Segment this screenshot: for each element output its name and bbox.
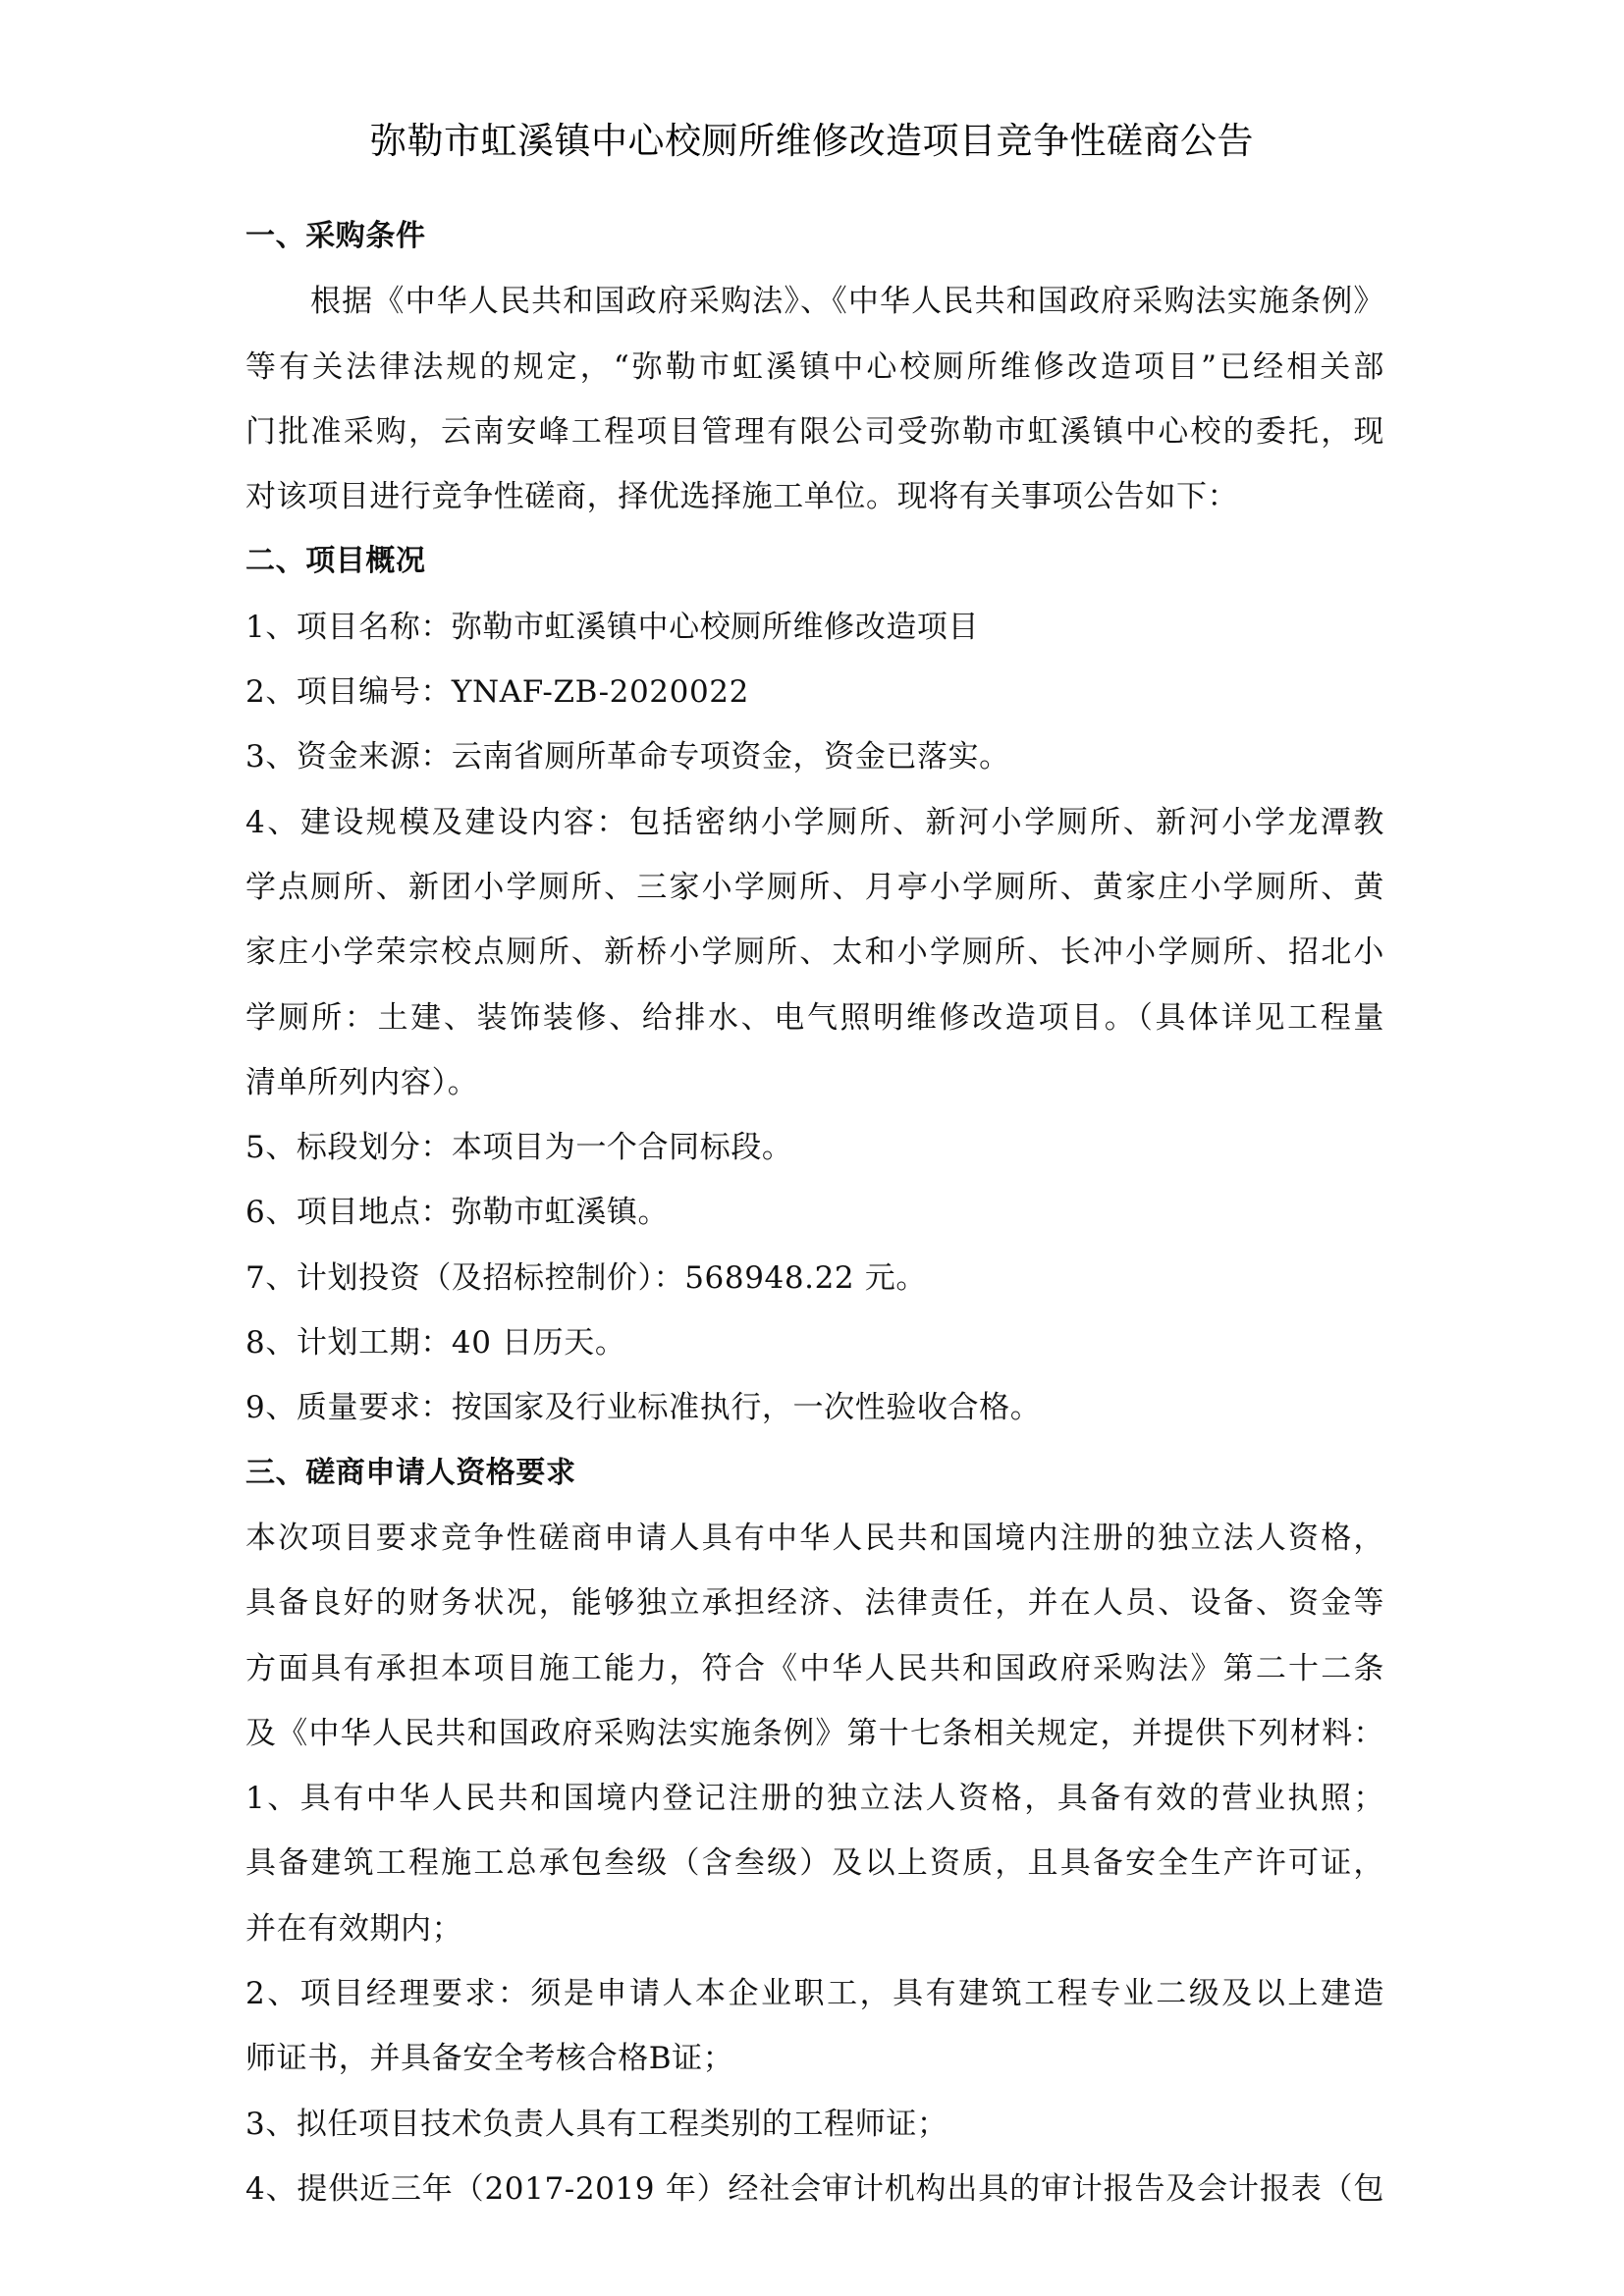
- list-item-project-number: 2、项目编号：YNAF-ZB-2020022: [245, 660, 1384, 724]
- paragraph-line: 清单所列内容）。: [245, 1050, 1384, 1115]
- section-heading-applicant-qualifications: 三、磋商申请人资格要求: [245, 1441, 1384, 1506]
- list-item-construction-scope: 4、建设规模及建设内容：包括密纳小学厕所、新河小学厕所、新河小学龙潭教: [245, 790, 1384, 855]
- paragraph-line: 及《中华人民共和国政府采购法实施条例》第十七条相关规定，并提供下列材料：: [245, 1701, 1384, 1766]
- paragraph-line: 学厕所：土建、装饰装修、给排水、电气照明维修改造项目。（具体详见工程量: [245, 986, 1384, 1050]
- list-item-lot-division: 5、标段划分：本项目为一个合同标段。: [245, 1115, 1384, 1180]
- list-item-planned-duration: 8、计划工期：40 日历天。: [245, 1310, 1384, 1375]
- document-body: 一、采购条件 根据《中华人民共和国政府采购法》、《中华人民共和国政府采购法实施条…: [245, 204, 1384, 2221]
- document-page: 弥勒市虹溪镇中心校厕所维修改造项目竞争性磋商公告 一、采购条件 根据《中华人民共…: [0, 0, 1624, 2296]
- paragraph-line: 家庄小学荣宗校点厕所、新桥小学厕所、太和小学厕所、长冲小学厕所、招北小: [245, 920, 1384, 985]
- paragraph-line: 学点厕所、新团小学厕所、三家小学厕所、月亭小学厕所、黄家庄小学厕所、黄: [245, 855, 1384, 920]
- document-title: 弥勒市虹溪镇中心校厕所维修改造项目竞争性磋商公告: [0, 118, 1624, 165]
- paragraph-line: 对该项目进行竞争性磋商，择优选择施工单位。现将有关事项公告如下：: [245, 464, 1384, 529]
- list-item-audit-reports: 4、提供近三年（2017-2019 年）经社会审计机构出具的审计报告及会计报表（…: [245, 2157, 1384, 2221]
- paragraph-line: 并在有效期内；: [245, 1896, 1384, 1961]
- list-item-project-manager: 2、项目经理要求：须是申请人本企业职工，具有建筑工程专业二级及以上建造: [245, 1961, 1384, 2026]
- list-item-funding-source: 3、资金来源：云南省厕所革命专项资金，资金已落实。: [245, 724, 1384, 789]
- paragraph-line: 门批准采购，云南安峰工程项目管理有限公司受弥勒市虹溪镇中心校的委托，现: [245, 400, 1384, 464]
- paragraph-line: 本次项目要求竞争性磋商申请人具有中华人民共和国境内注册的独立法人资格，: [245, 1506, 1384, 1571]
- paragraph-line: 根据《中华人民共和国政府采购法》、《中华人民共和国政府采购法实施条例》: [245, 269, 1384, 334]
- paragraph-line: 具备良好的财务状况，能够独立承担经济、法律责任，并在人员、设备、资金等: [245, 1571, 1384, 1635]
- paragraph-line: 具备建筑工程施工总承包叁级（含叁级）及以上资质，且具备安全生产许可证，: [245, 1831, 1384, 1896]
- list-item-quality-requirement: 9、质量要求：按国家及行业标准执行，一次性验收合格。: [245, 1375, 1384, 1440]
- section-heading-project-overview: 二、项目概况: [245, 529, 1384, 594]
- section-heading-procurement-conditions: 一、采购条件: [245, 204, 1384, 269]
- list-item-project-name: 1、项目名称：弥勒市虹溪镇中心校厕所维修改造项目: [245, 595, 1384, 660]
- list-item-legal-entity: 1、具有中华人民共和国境内登记注册的独立法人资格，具备有效的营业执照；: [245, 1766, 1384, 1831]
- list-item-planned-investment: 7、计划投资（及招标控制价）：568948.22 元。: [245, 1246, 1384, 1310]
- list-item-technical-lead: 3、拟任项目技术负责人具有工程类别的工程师证；: [245, 2092, 1384, 2157]
- paragraph-line: 师证书，并具备安全考核合格B证；: [245, 2026, 1384, 2091]
- paragraph-line: 方面具有承担本项目施工能力，符合《中华人民共和国政府采购法》第二十二条: [245, 1636, 1384, 1701]
- paragraph-line: 等有关法律法规的规定，“弥勒市虹溪镇中心校厕所维修改造项目”已经相关部: [245, 335, 1384, 400]
- list-item-project-location: 6、项目地点：弥勒市虹溪镇。: [245, 1180, 1384, 1245]
